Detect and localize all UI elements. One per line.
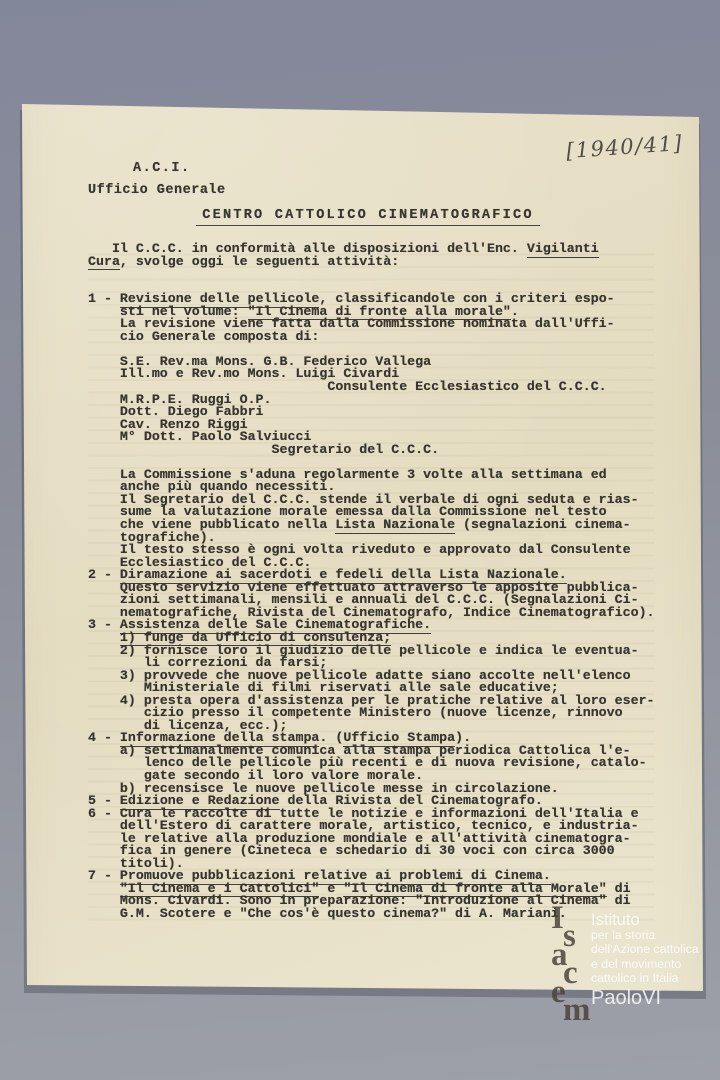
underlined-text: Vigilanti bbox=[527, 241, 599, 258]
watermark-text-line: Istituto bbox=[591, 912, 699, 928]
typed-text: 7 - bbox=[88, 868, 120, 883]
typed-text: cio Generale composta di: bbox=[120, 329, 320, 344]
document-title: CENTRO CATTOLICO CINEMATOGRAFICO bbox=[88, 208, 648, 223]
isacem-letter: c bbox=[563, 964, 591, 982]
handwritten-year-annotation: [1940/41] bbox=[565, 131, 684, 163]
typed-text: fica in genere (Cineteca e schedario di … bbox=[120, 843, 615, 858]
typed-text: 4 - bbox=[88, 730, 120, 745]
typed-text: (segnalazioni cinema- bbox=[455, 517, 631, 532]
watermark-text-line: e del movimento bbox=[591, 957, 699, 971]
document-line bbox=[88, 268, 655, 281]
document-lines: Il C.C.C. in conformità alle disposizion… bbox=[88, 243, 655, 921]
document-line: Segretario del C.C.C. bbox=[88, 444, 655, 457]
watermark-text-line: cattolico in Italia bbox=[591, 971, 699, 985]
underlined-text: Lista Nazionale bbox=[335, 517, 455, 534]
document-title-text: CENTRO CATTOLICO CINEMATOGRAFICO bbox=[196, 208, 539, 226]
isacem-letter: m bbox=[563, 1001, 591, 1019]
watermark-text-line: per la storia bbox=[591, 928, 699, 942]
watermark-text-line: dell'Azione cattolica bbox=[591, 942, 699, 956]
typed-text: G.M. Scotere e "Che cos'è questo cinema?… bbox=[120, 906, 567, 921]
document-line: cio Generale composta di: bbox=[88, 331, 655, 344]
photo-background: [1940/41] A.C.I. Ufficio Generale CENTRO… bbox=[0, 0, 720, 1080]
document-content: [1940/41] A.C.I. Ufficio Generale CENTRO… bbox=[0, 0, 720, 1080]
org-label: A.C.I. bbox=[133, 161, 191, 176]
office-label: Ufficio Generale bbox=[88, 183, 226, 198]
archive-watermark: Isacem Istitutoper la storiadell'Azione … bbox=[551, 909, 699, 1019]
typed-text: Consulente Ecclesiastico del C.C.C. bbox=[327, 379, 606, 394]
typed-text: 3 - bbox=[88, 617, 120, 632]
typed-text: 1 - bbox=[88, 291, 120, 306]
typed-text: Segretario del C.C.C. bbox=[272, 442, 440, 457]
typed-text: , svolge oggi le seguenti attività: bbox=[120, 254, 399, 269]
isacem-logo-letters: Isacem bbox=[551, 909, 591, 1019]
watermark-text: Istitutoper la storiadell'Azione cattoli… bbox=[591, 909, 699, 1019]
watermark-text-line: PaoloVI bbox=[591, 987, 699, 1009]
typed-text: 2 - bbox=[88, 567, 120, 582]
